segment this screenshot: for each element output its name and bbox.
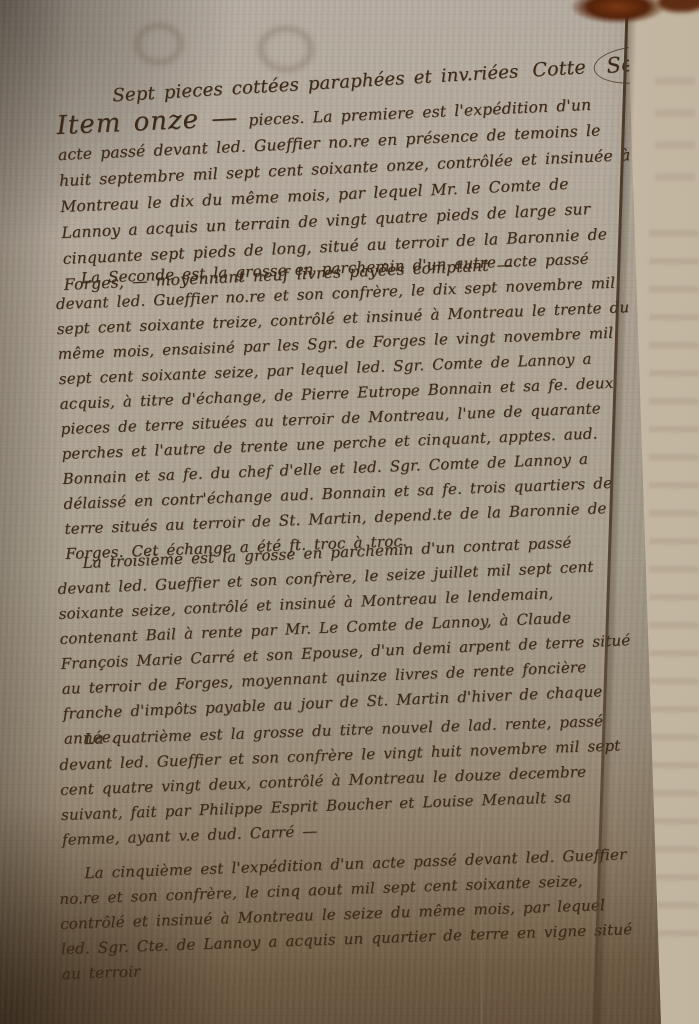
manuscript-photo: Sept pieces cottées paraphées et inv.rié… <box>0 0 699 1024</box>
paragraph-fourth-piece: La quatrième est la grosse du titre nouv… <box>58 708 634 853</box>
cotte-label: Cotte <box>532 56 587 81</box>
manuscript-page: Sept pieces cottées paraphées et inv.rié… <box>0 0 699 1024</box>
paragraph-second-piece: La Seconde est la grosse en parchemin d'… <box>54 245 641 567</box>
next-page-ghost-text <box>649 215 699 945</box>
water-stain <box>126 16 192 72</box>
next-page-ghost-text-top <box>655 60 695 190</box>
paragraph-fifth-piece: La cinquième est l'expédition d'un acte … <box>58 842 640 987</box>
